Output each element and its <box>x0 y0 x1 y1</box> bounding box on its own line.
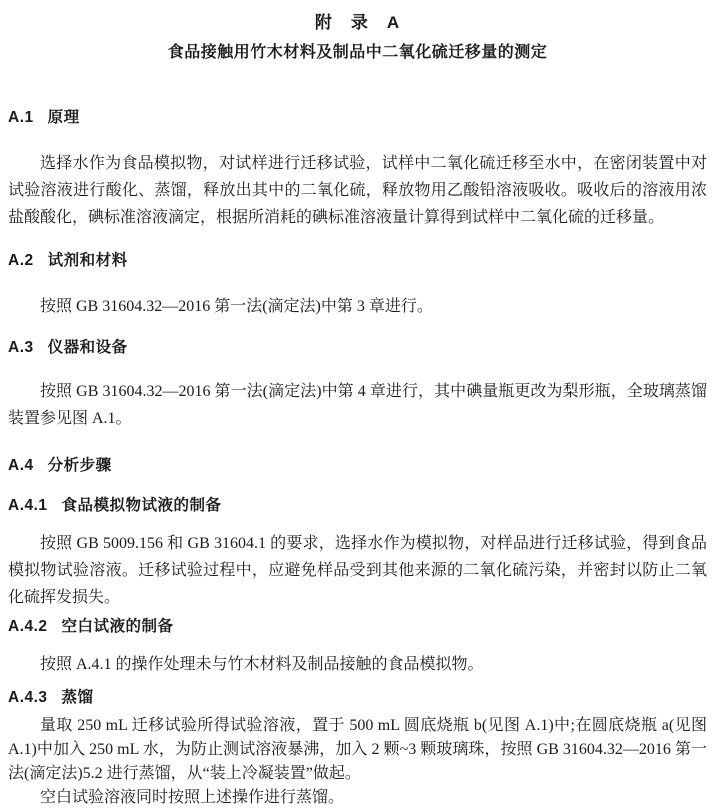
section-number: A.4.2 <box>8 618 48 635</box>
section-title: 蒸馏 <box>62 689 94 706</box>
section-number: A.2 <box>8 252 34 269</box>
section-number: A.4 <box>8 457 34 474</box>
section-title: 分析步骤 <box>48 457 112 474</box>
section-title: 空白试液的制备 <box>62 618 174 635</box>
document-title: 食品接触用竹木材料及制品中二氧化硫迁移量的测定 <box>8 42 707 64</box>
section-heading-a2: A.2试剂和材料 <box>8 251 707 271</box>
paragraph-a4-1: 按照 GB 5009.156 和 GB 31604.1 的要求，选择水作为模拟物… <box>8 530 707 611</box>
appendix-title: 附 录 A <box>8 12 707 34</box>
section-title: 仪器和设备 <box>48 339 128 356</box>
section-heading-a4-3: A.4.3蒸馏 <box>8 688 707 708</box>
section-heading-a4: A.4分析步骤 <box>8 456 707 476</box>
paragraph-a1: 选择水作为食品模拟物，对试样进行迁移试验，试样中二氧化硫迁移至水中，在密闭装置中… <box>8 150 707 231</box>
section-heading-a1: A.1原理 <box>8 108 707 128</box>
document-page: 附 录 A 食品接触用竹木材料及制品中二氧化硫迁移量的测定 A.1原理 选择水作… <box>0 0 715 809</box>
section-number: A.4.1 <box>8 497 48 514</box>
section-heading-a3: A.3仪器和设备 <box>8 338 707 358</box>
paragraph-a4-2: 按照 A.4.1 的操作处理未与竹木材料及制品接触的食品模拟物。 <box>8 651 707 678</box>
section-title: 原理 <box>48 109 80 126</box>
paragraph-a4-3-2: 空白试验溶液同时按照上述操作进行蒸馏。 <box>8 786 707 809</box>
section-number: A.3 <box>8 339 34 356</box>
section-number: A.4.3 <box>8 689 48 706</box>
section-title: 食品模拟物试液的制备 <box>62 497 222 514</box>
section-heading-a4-1: A.4.1食品模拟物试液的制备 <box>8 496 707 516</box>
paragraph-a2: 按照 GB 31604.32—2016 第一法(滴定法)中第 3 章进行。 <box>8 293 707 320</box>
paragraph-a3: 按照 GB 31604.32—2016 第一法(滴定法)中第 4 章进行，其中碘… <box>8 378 707 432</box>
paragraph-a4-3-1: 量取 250 mL 迁移试验所得试验溶液，置于 500 mL 圆底烧瓶 b(见图… <box>8 714 707 786</box>
section-heading-a4-2: A.4.2空白试液的制备 <box>8 617 707 637</box>
section-number: A.1 <box>8 109 34 126</box>
section-title: 试剂和材料 <box>48 252 128 269</box>
